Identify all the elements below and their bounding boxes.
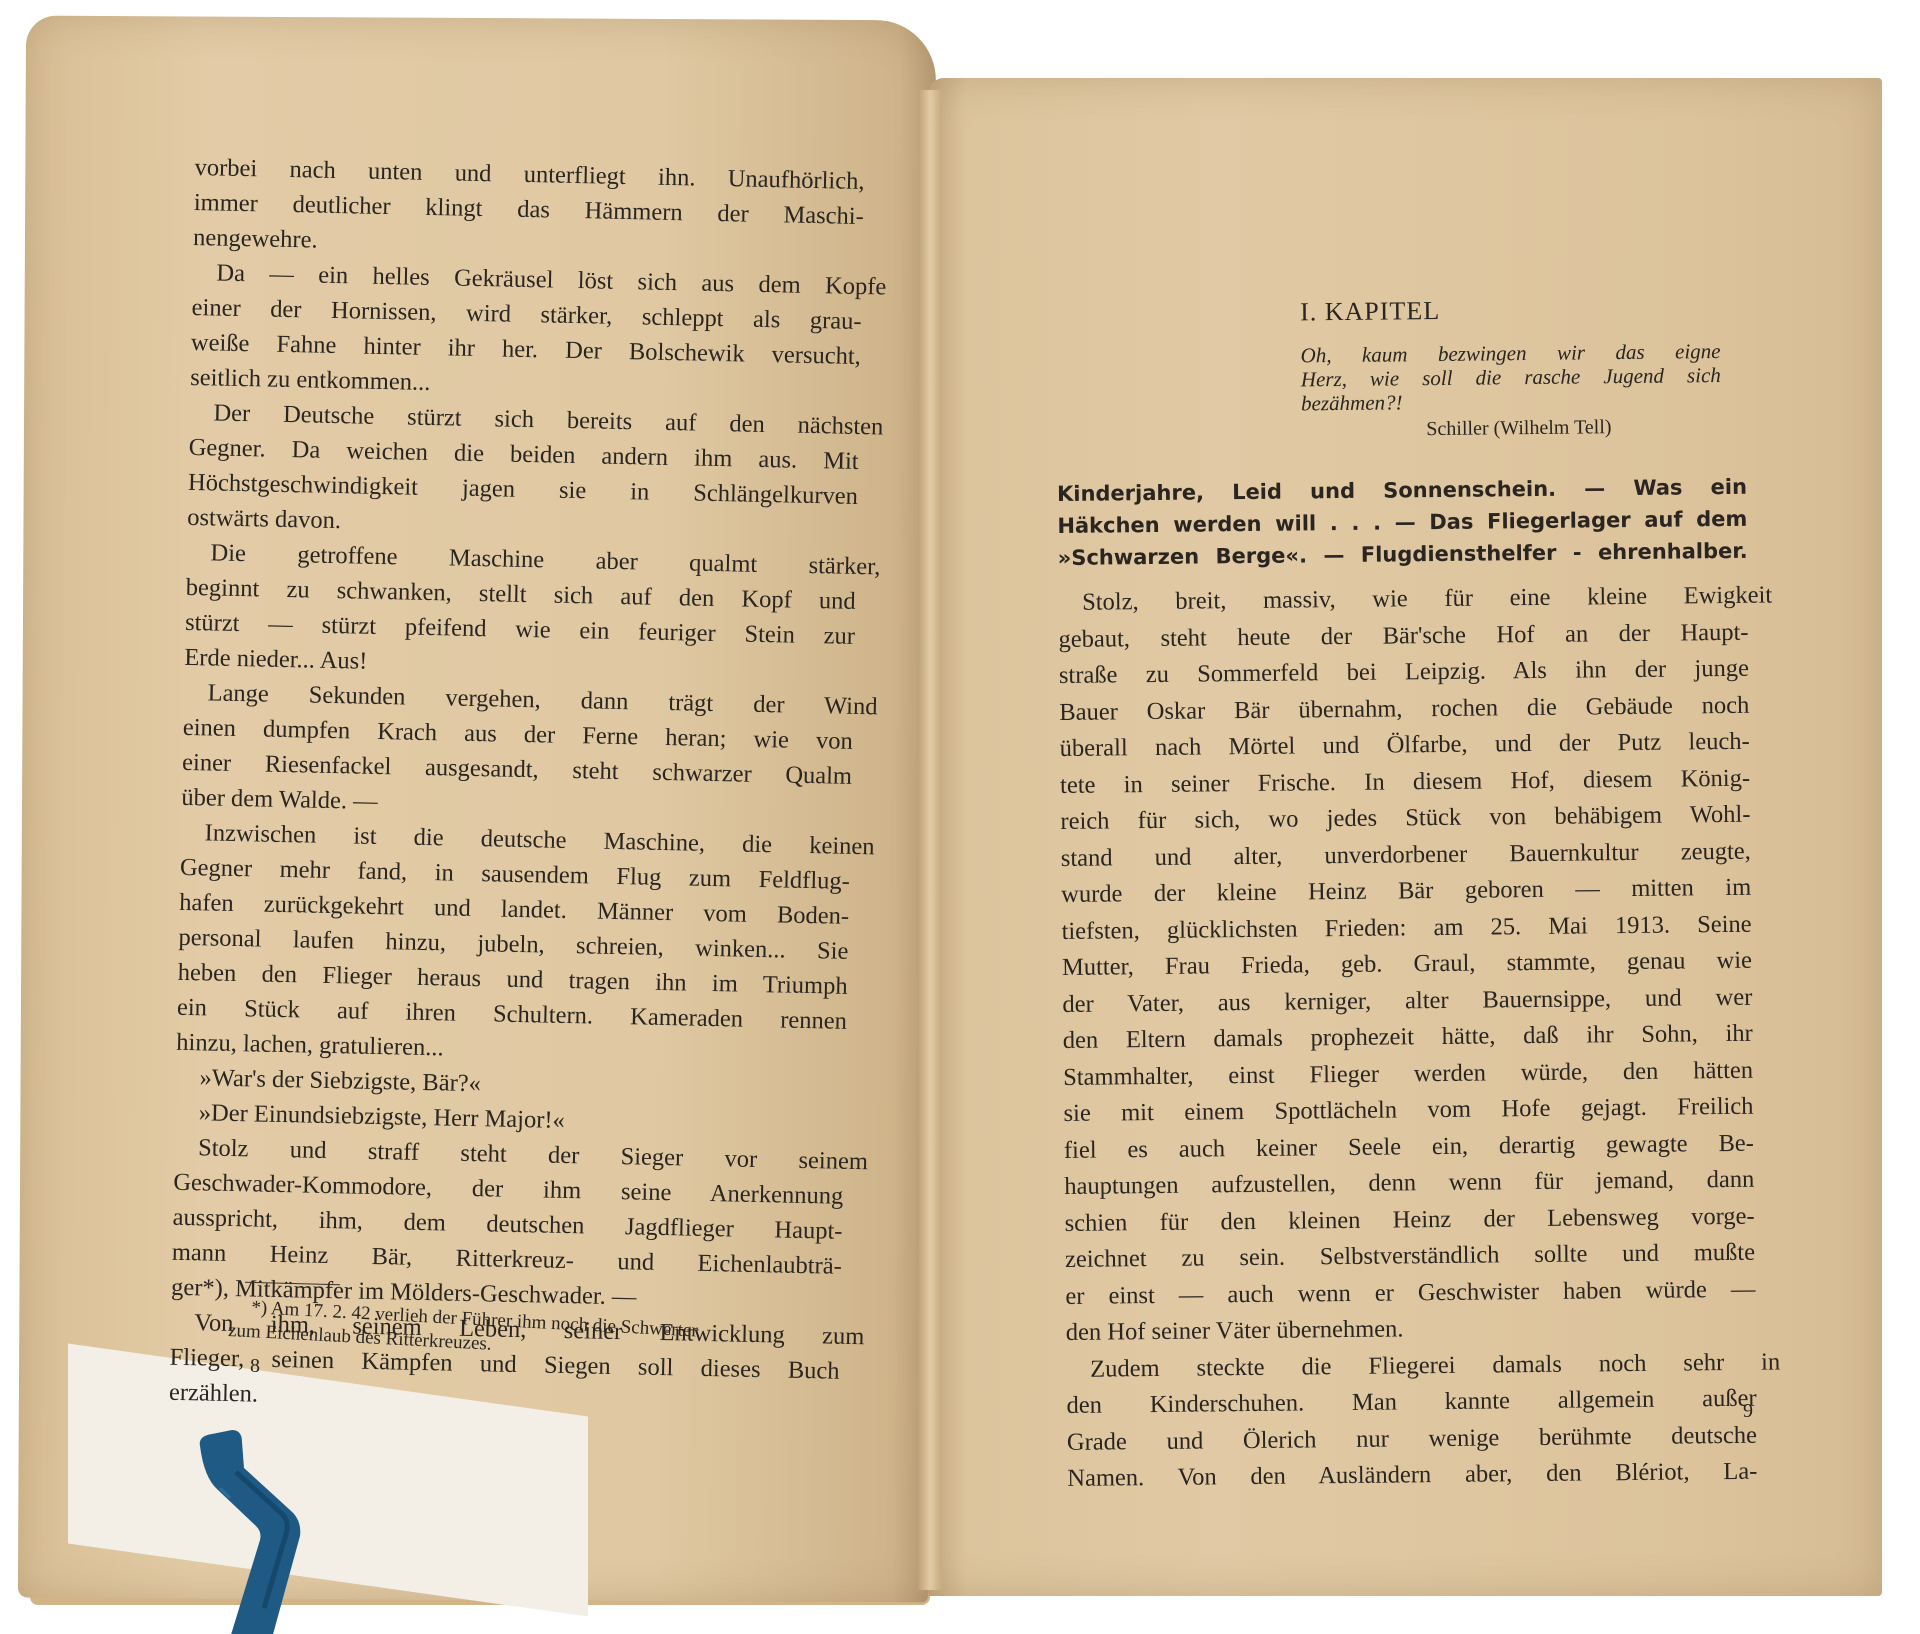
chapter-summary: Kinderjahre, Leid und Sonnenschein. — Wa… xyxy=(1057,471,1748,574)
chapter-title: I. KAPITEL xyxy=(1300,296,1440,327)
epigraph-source: Schiller (Wilhelm Tell) xyxy=(1426,416,1611,441)
right-page-body: Stolz, breit, massiv, wie für eine klein… xyxy=(1058,578,1758,1498)
epigraph: Oh, kaum bezwingen wir das eigne Herz, w… xyxy=(1300,339,1721,415)
left-page-body: vorbei nach unten und unterfliegt ihn. U… xyxy=(169,150,865,1424)
epigraph-line: bezähmen?! xyxy=(1301,387,1721,415)
text-line: er einst — auch wenn er Geschwister habe… xyxy=(1065,1271,1755,1315)
page-number-right: 9 xyxy=(1743,1400,1753,1423)
page-number-left: 8 xyxy=(250,1355,260,1378)
epigraph-line: Herz, wie soll die rasche Jugend sich xyxy=(1301,363,1721,391)
text-line: Namen. Von den Ausländern aber, den Blér… xyxy=(1067,1454,1757,1498)
book-gutter xyxy=(918,90,942,1590)
bookmark-clip-icon xyxy=(190,1428,350,1634)
